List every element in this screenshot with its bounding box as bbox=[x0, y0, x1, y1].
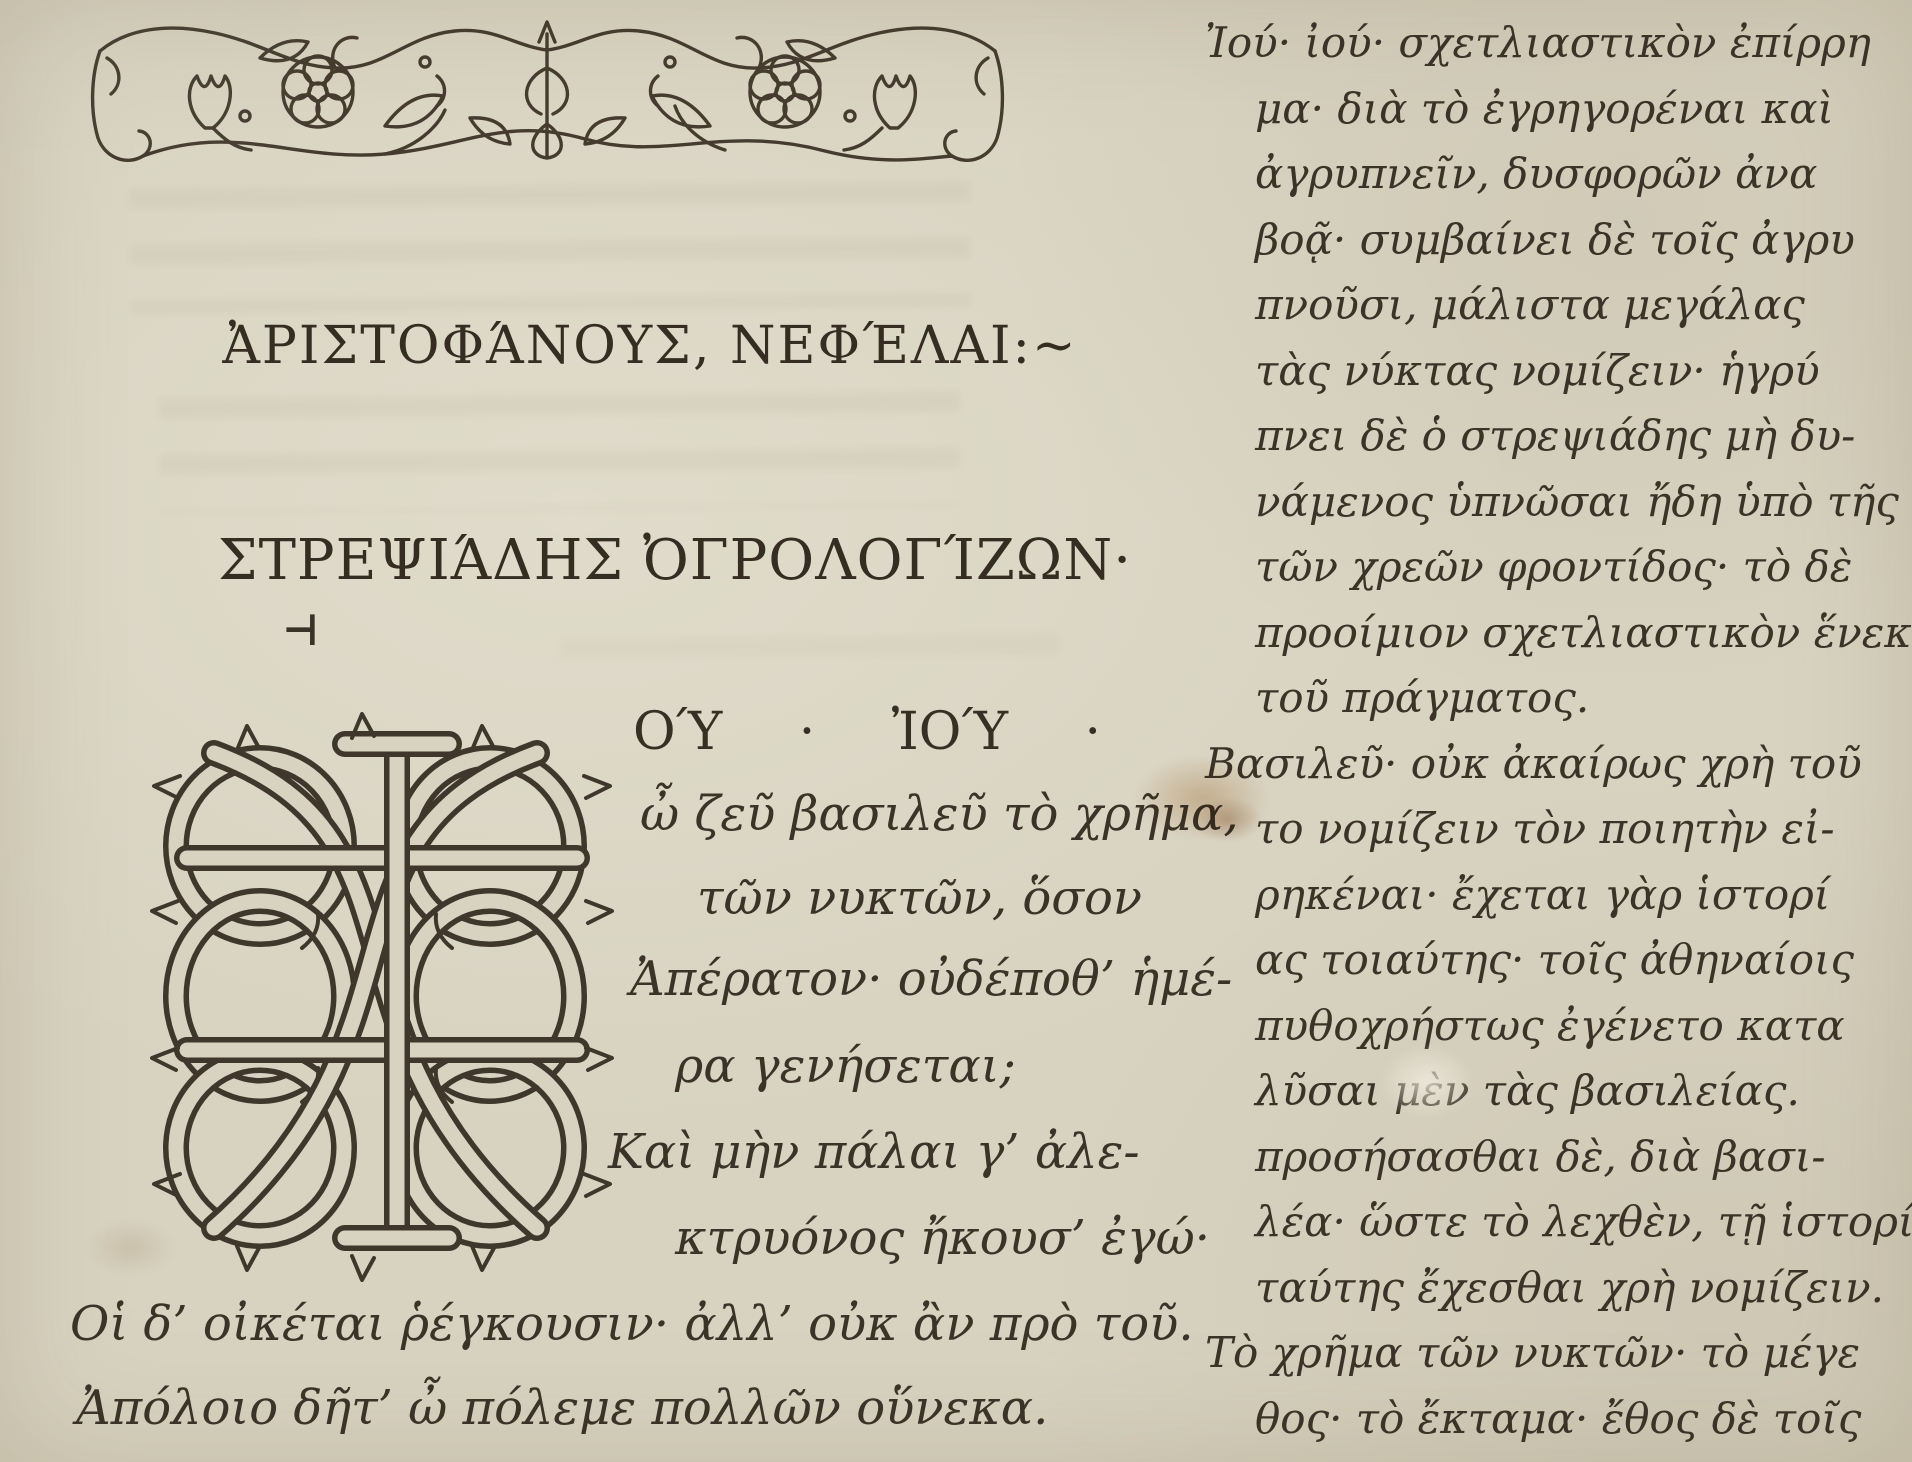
scholia-line: ρηκέναι· ἔχεται γὰρ ἱστορί bbox=[1255, 862, 1912, 928]
bleed-through-texture bbox=[129, 181, 970, 313]
section-mark: ⊣ bbox=[282, 606, 319, 655]
verse-word: ἸΟΎ bbox=[892, 702, 1008, 762]
scholia-line: ἀγρυπνεῖν, δυσφορῶν ἀνα bbox=[1255, 141, 1912, 207]
mid-dot: · bbox=[1084, 702, 1101, 762]
mid-dot: · bbox=[799, 702, 816, 762]
verse-line: Ἀπέρατον· οὐδέποθ’ ἡμέ- bbox=[630, 951, 1232, 1007]
book-page-scan: ἈΡΙΣΤΟΦΆΝΟΥΣ, ΝΕΦΈΛΑΙ:~ ΣΤΡΕΨΙΆΔΗΣ ὈΓΡΟΛ… bbox=[0, 0, 1912, 1462]
scholia-line: νάμενος ὑπνῶσαι ἤδη ὑπὸ τῆς bbox=[1255, 469, 1912, 535]
scholia-line: λέα· ὥστε τὸ λεχθὲν, τῇ ἱστορί bbox=[1255, 1189, 1912, 1255]
play-title: ἈΡΙΣΤΟΦΆΝΟΥΣ, ΝΕΦΈΛΑΙ:~ bbox=[170, 316, 1130, 376]
verse-line-full-width: Ἀπόλοιο δῆτ’ ὦ πόλεμε πολλῶν οὕνεκα. bbox=[76, 1380, 1048, 1436]
scholia-line: πυθοχρήστως ἐγένετο κατα bbox=[1255, 993, 1912, 1059]
verse-line: Καὶ μὴν πάλαι γ’ ἀλε- bbox=[608, 1124, 1140, 1180]
woodcut-knotwork-initial-iota bbox=[142, 698, 622, 1282]
scholia-line: μα· διὰ τὸ ἐγρηγορέναι καὶ bbox=[1255, 76, 1912, 142]
verse-line: κτρυόνος ἤκουσ’ ἐγώ· bbox=[675, 1210, 1210, 1266]
woodcut-headpiece-floral-band bbox=[85, 6, 1010, 168]
scholia-line: θος· τὸ ἔκταμα· ἔθος δὲ τοῖς bbox=[1255, 1386, 1912, 1452]
verse-word: ΟΎ bbox=[633, 702, 722, 762]
scholia-line: Τὸ χρῆμα τῶν νυκτῶν· τὸ μέγε bbox=[1205, 1320, 1912, 1386]
scholia-line: τοῦ πράγματος. bbox=[1255, 665, 1912, 731]
scholia-line: τῶν χρεῶν φροντίδος· τὸ δὲ bbox=[1255, 534, 1912, 600]
scholia-line: το νομίζειν τὸν ποιητὴν εἰ- bbox=[1255, 796, 1912, 862]
scholia-line: ας τοιαύτης· τοῖς ἀθηναίοις bbox=[1255, 927, 1912, 993]
scholia-line: πνει δὲ ὁ στρεψιάδης μὴ δυ- bbox=[1255, 403, 1912, 469]
verse-line-full-width: Οἱ δ’ οἰκέται ῥέγκουσιν· ἀλλ’ οὐκ ἂν πρὸ… bbox=[70, 1296, 1194, 1352]
scholia-line: τὰς νύκτας νομίζειν· ἡγρύ bbox=[1255, 338, 1912, 404]
bleed-through-texture bbox=[160, 392, 961, 514]
scholia-line: πνοῦσι, μάλιστα μεγάλας bbox=[1255, 272, 1912, 338]
scholia-column: Ἰού· ἰού· σχετλιαστικὸν ἐπίρρη μα· διὰ τ… bbox=[1205, 10, 1912, 1451]
bleed-through-texture bbox=[560, 634, 1060, 693]
scholia-line: προσήσασθαι δὲ, διὰ βασι- bbox=[1255, 1124, 1912, 1190]
verse-line: ὦ ζεῦ βασιλεῦ τὸ χρῆμα, bbox=[640, 786, 1239, 842]
scene-title: ΣΤΡΕΨΙΆΔΗΣ ὈΓΡΟΛΟΓΊΖΩΝ· bbox=[140, 528, 1210, 593]
scholia-line: Βασιλεῦ· οὐκ ἀκαίρως χρὴ τοῦ bbox=[1205, 731, 1912, 797]
verse-line: ρα γενήσεται; bbox=[675, 1038, 1016, 1094]
scholia-line: προοίμιον σχετλιαστικὸν ἕνεκ bbox=[1255, 600, 1912, 666]
scholia-line: βοᾷ· συμβαίνει δὲ τοῖς ἀγρυ bbox=[1255, 207, 1912, 273]
verse-line: τῶν νυκτῶν, ὅσον bbox=[697, 870, 1142, 926]
scholia-line: Ἰού· ἰού· σχετλιαστικὸν ἐπίρρη bbox=[1205, 10, 1912, 76]
scholia-line: λῦσαι μὲν τὰς βασιλείας. bbox=[1255, 1058, 1912, 1124]
verse-opening-caps: ΟΎ · ἸΟΎ · bbox=[633, 702, 1101, 762]
scholia-line: ταύτης ἔχεσθαι χρὴ νομίζειν. bbox=[1255, 1255, 1912, 1321]
